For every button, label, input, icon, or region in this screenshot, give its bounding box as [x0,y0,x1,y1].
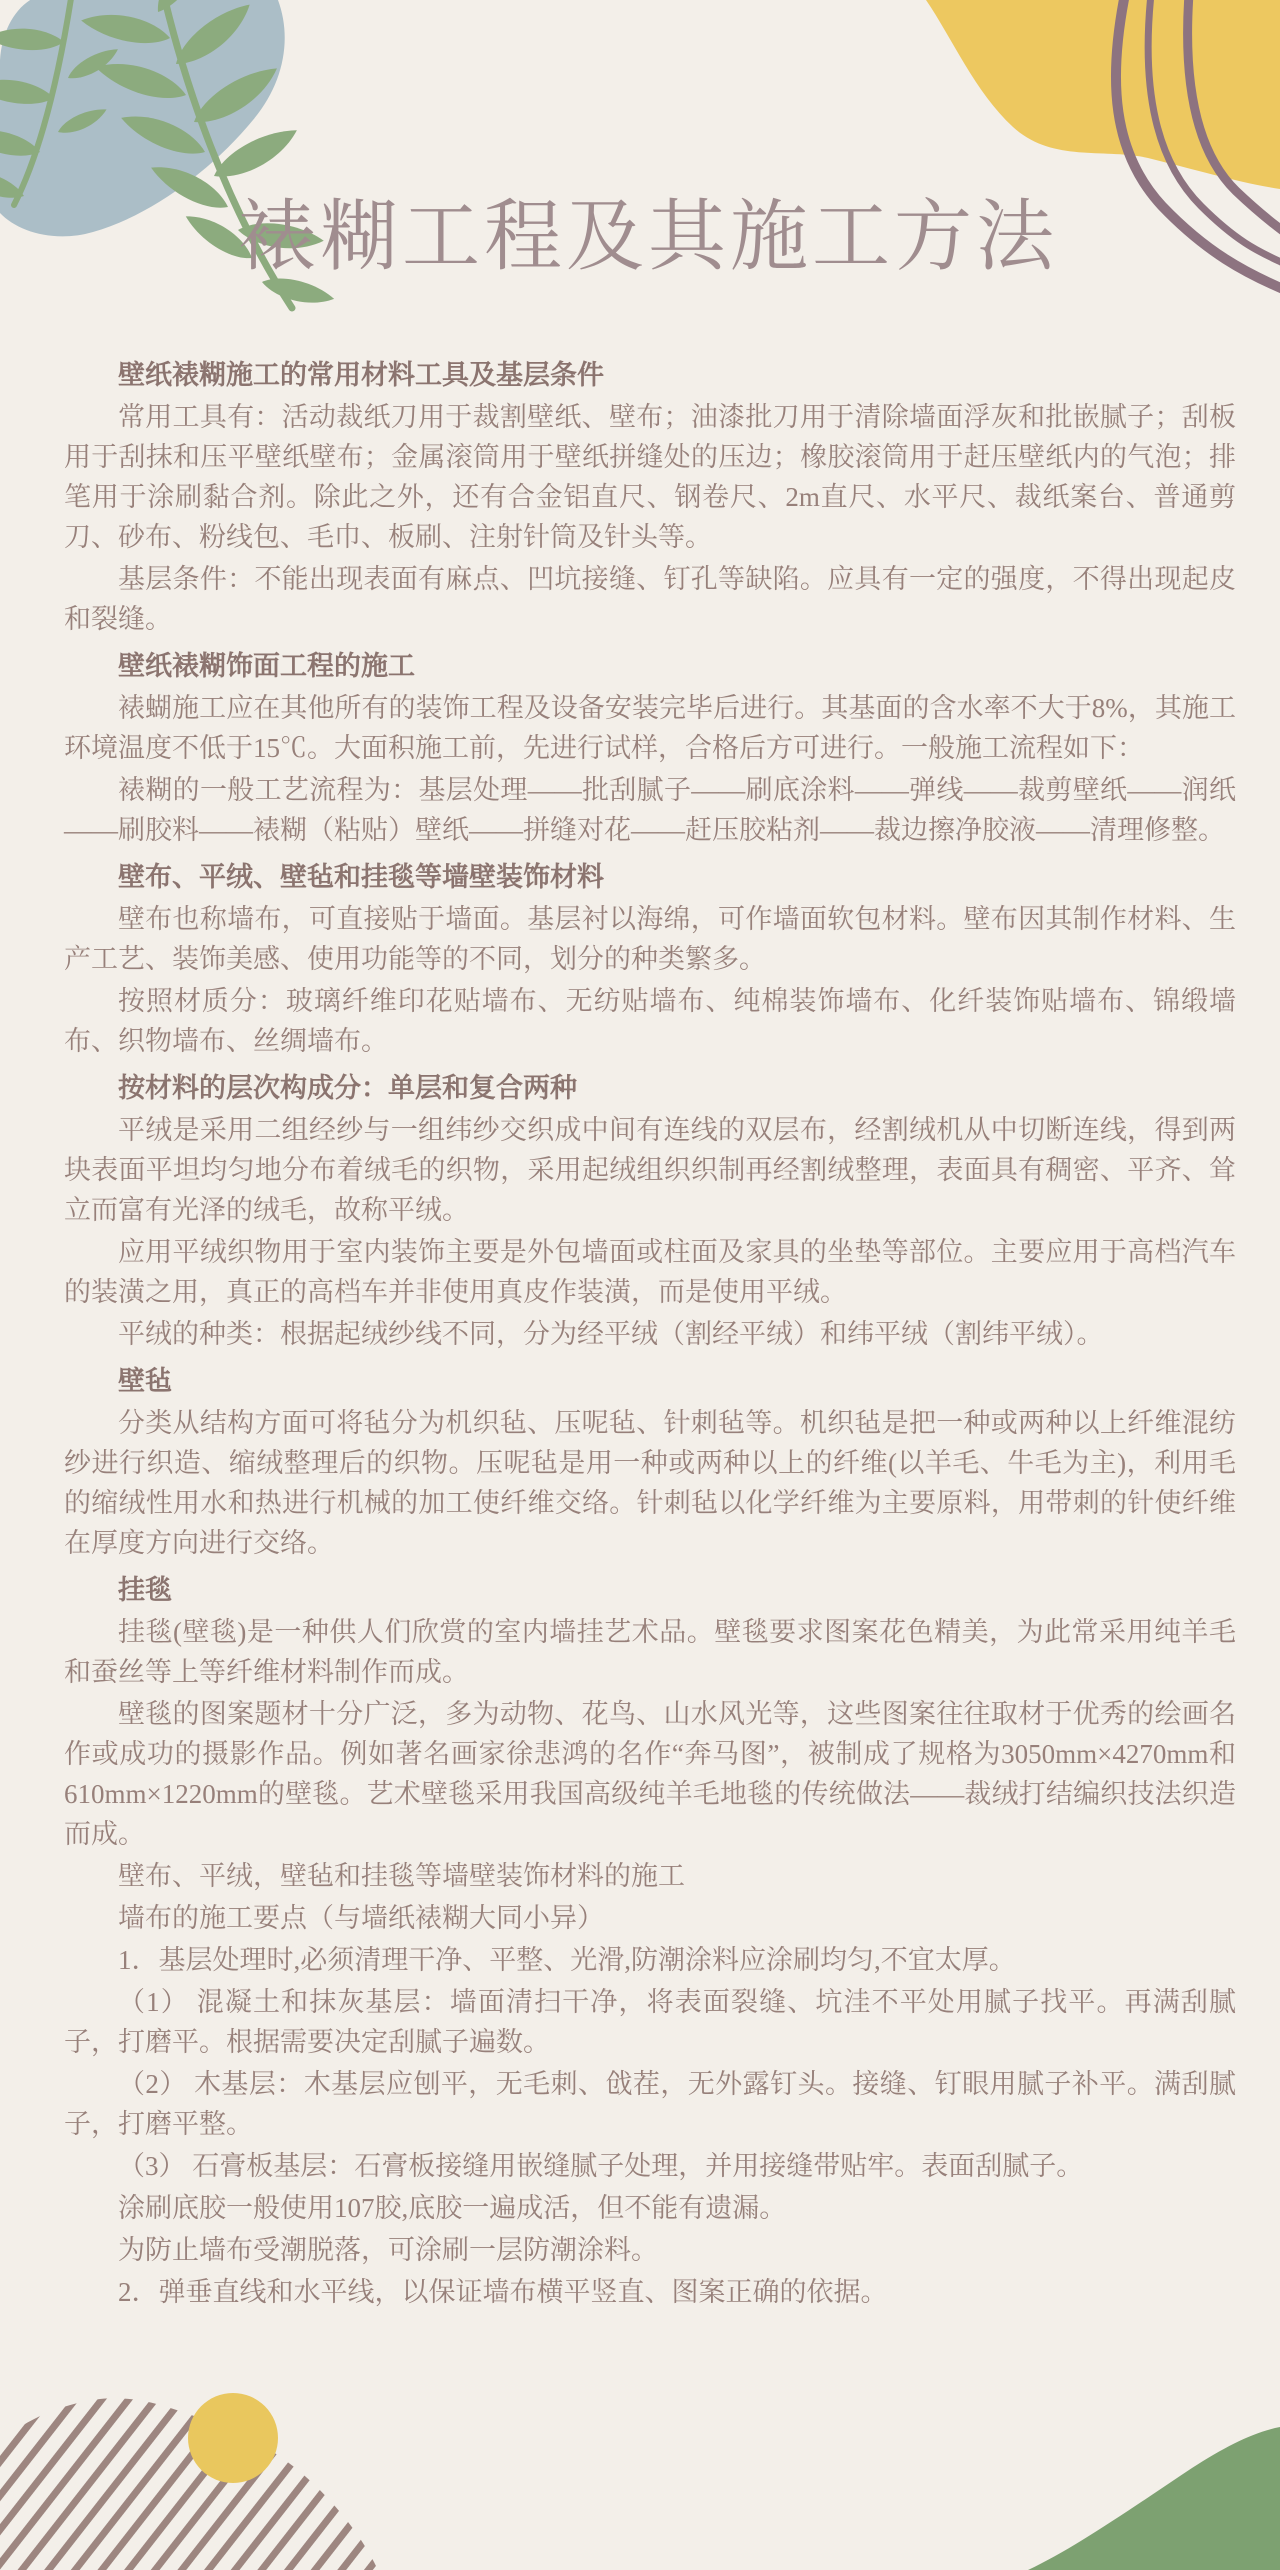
leaf [93,50,190,110]
section-heading: 壁布、平绒、壁毡和挂毯等墙壁装饰材料 [64,857,1236,897]
paragraph: （2） 木基层：木基层应刨平，无毛刺、戗茬，无外露钉头。接缝、钉眼用腻子补平。满… [64,2064,1236,2144]
paragraph: 平绒是采用二组经纱与一组纬纱交织成中间有连线的双层布，经割绒机从中切断连线，得到… [64,1110,1236,1230]
section-heading: 挂毯 [64,1570,1236,1610]
paragraph: 涂刷底胶一般使用107胶,底胶一遍成活，但不能有遗漏。 [64,2188,1236,2228]
arc-line [1116,0,1280,289]
leaf-stem [14,0,72,205]
green-blob [1028,2427,1280,2570]
paragraph: 裱糊的一般工艺流程为：基层处理——批刮腻子——刷底涂料——弹线——裁剪壁纸——润… [64,770,1236,850]
striped-blob [0,2398,378,2570]
leaf [0,23,65,55]
arc-line [1188,0,1280,231]
paragraph: （3） 石膏板基层：石膏板接缝用嵌缝腻子处理，并用接缝带贴牢。表面刮腻子。 [64,2146,1236,2186]
leaf [79,4,173,53]
yellow-blob [926,0,1280,189]
bottom-left-decoration [0,2393,378,2570]
leaf [186,61,286,131]
leaf [118,103,210,166]
paragraph: 基层条件：不能出现表面有麻点、凹坑接缝、钉孔等缺陷。应具有一定的强度，不得出现起… [64,559,1236,639]
leaf [167,0,260,72]
paragraph: 平绒的种类：根据起绒纱线不同，分为经平绒（割经平绒）和纬平绒（割纬平绒）。 [64,1314,1236,1354]
leaf [147,0,215,17]
poster-page: 裱糊工程及其施工方法 壁纸裱糊施工的常用材料工具及基层条件 常用工具有：活动裁纸… [0,0,1280,2570]
paragraph: 壁毯的图案题材十分广泛，多为动物、花鸟、山水风光等，这些图案往往取材于优秀的绘画… [64,1694,1236,1854]
bottom-right-decoration [1028,2427,1280,2570]
paragraph: 挂毯(壁毯)是一种供人们欣赏的室内墙挂艺术品。壁毯要求图案花色精美，为此常采用纯… [64,1612,1236,1692]
leaf [207,123,304,185]
section-heading: 壁毡 [64,1361,1236,1401]
paragraph: 常用工具有：活动裁纸刀用于裁割壁纸、壁布；油漆批刀用于清除墙面浮灰和批嵌腻子；刮… [64,397,1236,557]
article: 壁纸裱糊施工的常用材料工具及基层条件 常用工具有：活动裁纸刀用于裁割壁纸、壁布；… [64,348,1236,2314]
leaf [64,45,123,84]
section-heading: 壁纸裱糊饰面工程的施工 [64,646,1236,686]
paragraph: 裱蝴施工应在其他所有的装饰工程及设备安装完毕后进行。其基面的含水率不大于8%，其… [64,688,1236,768]
paragraph: （1） 混凝土和抹灰基层：墙面清扫干净，将表面裂缝、坑洼不平处用腻子找平。再满刮… [64,1982,1236,2062]
leaf [0,120,43,165]
paragraph: 按照材质分：玻璃纤维印花贴墙布、无纺贴墙布、纯棉装饰墙布、化纤装饰贴墙布、锦缎墙… [64,981,1236,1061]
paragraph: 壁布、平绒，壁毡和挂毯等墙壁装饰材料的施工 [64,1856,1236,1896]
paragraph: 应用平绒织物用于室内装饰主要是外包墙面或柱面及家具的坐垫等部位。主要应用于高档汽… [64,1232,1236,1312]
section-heading: 壁纸裱糊施工的常用材料工具及基层条件 [64,355,1236,395]
leaf [0,161,27,207]
page-title: 裱糊工程及其施工方法 [238,194,1058,280]
paragraph: 分类从结构方面可将毡分为机织毡、压呢毡、针刺毡等。机织毡是把一种或两种以上纤维混… [64,1403,1236,1563]
paragraph: 2．弹垂直线和水平线，以保证墙布横平竖直、图案正确的依据。 [64,2272,1236,2312]
yellow-circle [188,2393,278,2483]
leaf [147,154,233,220]
paragraph: 壁布也称墙布，可直接贴于墙面。基层衬以海绵，可作墙面软包材料。壁布因其制作材料、… [64,899,1236,979]
paragraph: 为防止墙布受潮脱落，可涂刷一层防潮涂料。 [64,2230,1236,2270]
arc-line [1148,0,1280,263]
leaf [55,105,110,137]
section-heading: 按材料的层次构成分：单层和复合两种 [64,1068,1236,1108]
leaf [0,71,56,112]
paragraph: 墙布的施工要点（与墙纸裱糊大同小异） [64,1898,1236,1938]
paragraph: 1．基层处理时,必须清理干净、平整、光滑,防潮涂料应涂刷均匀,不宜太厚。 [64,1940,1236,1980]
